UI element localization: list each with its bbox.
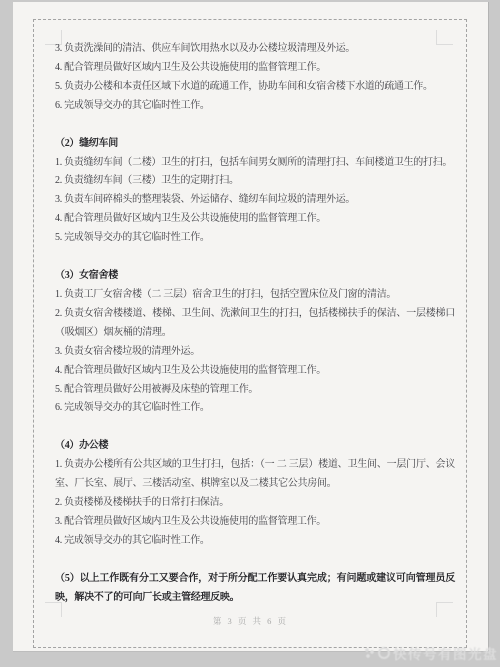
page-number: 第 3 页 共 6 页 — [13, 615, 488, 627]
duty-item: 4. 配合管理员做好区域内卫生及公共设施使用的监督管理工作。 — [55, 362, 455, 381]
duty-item: 6. 完成领导交办的其它临时性工作。 — [55, 399, 455, 418]
duty-item: 1. 负责缝纫车间（二楼）卫生的打扫，包括车间男女厕所的清理打扫、车间楼道卫生的… — [55, 154, 455, 173]
dots-logo-icon — [363, 647, 375, 659]
duty-item: 2. 负责缝纫车间（三楼）卫生的定期打扫。 — [55, 172, 455, 191]
duty-item: 3. 配合管理员做好区域内卫生及公共设施使用的监督管理工作。 — [55, 513, 455, 532]
document-canvas: 3. 负责洗澡间的清洁、供应车间饮用热水以及办公楼垃圾清理及外运。4. 配合管理… — [0, 0, 500, 667]
duty-item: 3. 负责女宿舍楼垃圾的清理外运。 — [55, 343, 455, 362]
duty-item: 3. 负责车间碎棉头的整理装袋、外运储存、缝纫车间垃圾的清理外运。 — [55, 191, 455, 210]
section: （4）办公楼1. 负责办公楼所有公共区域的卫生打扫，包括：（一 二 三层）楼道、… — [55, 437, 455, 550]
duty-item: 2. 负责楼梯及楼梯扶手的日常打扫保洁。 — [55, 494, 455, 513]
section: （5）以上工作既有分工又要合作，对于所分配工作要认真完成；有问题或建议可向管理员… — [55, 570, 455, 608]
watermark: 快传号有图光盘 — [363, 643, 498, 663]
document-body: 3. 负责洗澡间的清洁、供应车间饮用热水以及办公楼垃圾清理及外运。4. 配合管理… — [55, 40, 455, 608]
duty-item: 4. 配合管理员做好区域内卫生及公共设施使用的监督管理工作。 — [55, 210, 455, 229]
document-page: 3. 负责洗澡间的清洁、供应车间饮用热水以及办公楼垃圾清理及外运。4. 配合管理… — [13, 2, 489, 652]
duty-item: 4. 配合管理员做好区域内卫生及公共设施使用的监督管理工作。 — [55, 59, 455, 78]
duty-item: （5）以上工作既有分工又要合作，对于所分配工作要认真完成；有问题或建议可向管理员… — [55, 570, 455, 608]
section: （2）缝纫车间1. 负责缝纫车间（二楼）卫生的打扫，包括车间男女厕所的清理打扫、… — [55, 135, 455, 248]
section-heading: （4）办公楼 — [55, 437, 455, 456]
duty-item: 1. 负责工厂女宿舍楼（二 三层）宿舍卫生的打扫，包括空置床位及门窗的清洁。 — [55, 286, 455, 305]
duty-item: 5. 完成领导交办的其它临时性工作。 — [55, 229, 455, 248]
section: （3）女宿舍楼1. 负责工厂女宿舍楼（二 三层）宿舍卫生的打扫，包括空置床位及门… — [55, 267, 455, 418]
duty-item: 3. 负责洗澡间的清洁、供应车间饮用热水以及办公楼垃圾清理及外运。 — [55, 40, 455, 59]
duty-item: 6. 完成领导交办的其它临时性工作。 — [55, 97, 455, 116]
duty-item: 5. 负责办公楼和本责任区域下水道的疏通工作，协助车间和女宿舍楼下水道的疏通工作… — [55, 78, 455, 97]
duty-item: 4. 完成领导交办的其它临时性工作。 — [55, 532, 455, 551]
lens-logo-icon — [378, 647, 390, 659]
section: 3. 负责洗澡间的清洁、供应车间饮用热水以及办公楼垃圾清理及外运。4. 配合管理… — [55, 40, 455, 116]
watermark-text: 快传号有图光盘 — [393, 643, 498, 663]
duty-item: 5. 配合管理员做好公用被褥及床垫的管理工作。 — [55, 381, 455, 400]
section-heading: （3）女宿舍楼 — [55, 267, 455, 286]
duty-item: 2. 负责女宿舍楼楼道、楼梯、卫生间、洗漱间卫生的打扫，包括楼梯扶手的保洁、一层… — [55, 305, 455, 343]
section-heading: （2）缝纫车间 — [55, 135, 455, 154]
duty-item: 1. 负责办公楼所有公共区域的卫生打扫，包括：（一 二 三层）楼道、卫生间、一层… — [55, 456, 455, 494]
